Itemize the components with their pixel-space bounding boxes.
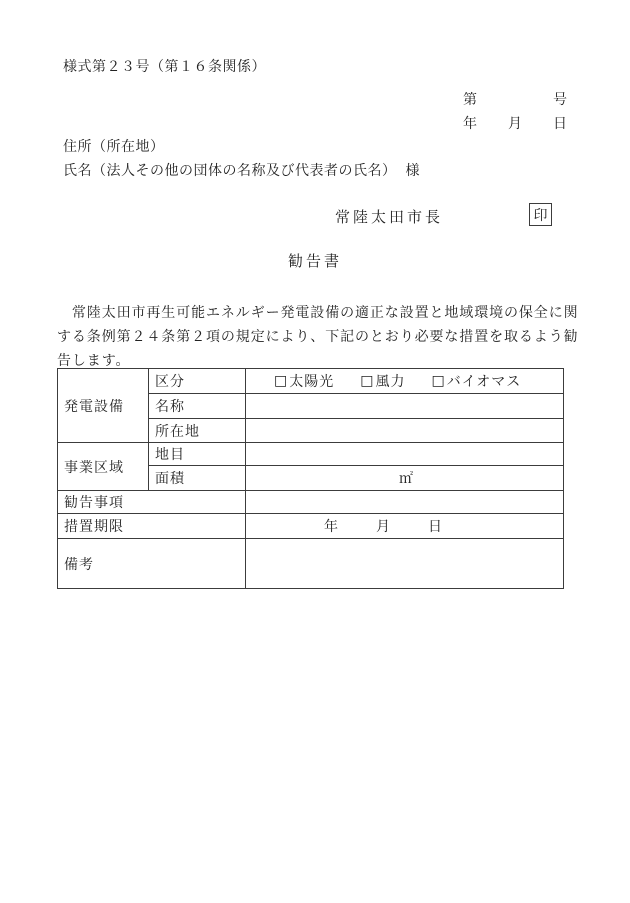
document-page: 様式第２３号（第１６条関係） 第 号 年 月 日 住所（所在地） 氏名（法人その… [0,0,630,903]
area-label: 面積 [149,466,246,491]
checkbox-solar-label: 太陽光 [289,371,334,391]
name-honorific: 様 [406,163,421,179]
doc-number-prefix: 第 [463,89,477,109]
checkbox-icon[interactable]: □ [431,373,445,389]
business-area-group-label: 事業区域 [58,443,149,491]
recommendation-label: 勧告事項 [58,491,246,514]
checkbox-wind[interactable]: □風力 [360,371,405,391]
date-day-label: 日 [553,113,567,133]
table-row: 事業区域 地目 [58,443,564,466]
deadline-input-cell[interactable]: 年 月 日 [246,514,564,539]
land-category-input-cell[interactable] [246,443,564,466]
checkbox-biomass-label: バイオマス [447,371,522,391]
table-row: 勧告事項 [58,491,564,514]
seal-character: 印 [534,205,548,225]
recommendation-input-cell[interactable] [246,491,564,514]
checkbox-icon[interactable]: □ [360,373,374,389]
body-line-1: 常陸太田市再生可能エネルギー発電設備の適正な設置と地域環境の保全に関 [57,301,569,325]
deadline-month-label: 月 [376,516,391,536]
address-label: 住所（所在地） [63,136,165,156]
land-category-label: 地目 [149,443,246,466]
date-year-label: 年 [463,113,477,133]
date-month-label: 月 [508,113,522,133]
checkbox-icon[interactable]: □ [274,373,288,389]
checkbox-biomass[interactable]: □バイオマス [431,371,521,391]
document-title: 勧告書 [0,250,630,271]
deadline-date-fields: 年 月 日 [252,516,561,536]
facility-name-input-cell[interactable] [246,394,564,419]
doc-number-suffix: 号 [553,89,567,109]
body-line-2: する条例第２４条第２項の規定により、下記のとおり必要な措置を取るよう勧 [57,325,569,349]
facility-location-label: 所在地 [149,419,246,443]
kubun-value-cell: □太陽光 □風力 □バイオマス [246,369,564,394]
facility-location-input-cell[interactable] [246,419,564,443]
date-line: 年 月 日 [463,113,567,133]
form-table: 発電設備 区分 □太陽光 □風力 □バイオマス 名称 所在地 事 [57,368,564,589]
table-row: 発電設備 区分 □太陽光 □風力 □バイオマス [58,369,564,394]
facility-name-label: 名称 [149,394,246,419]
table-row: 備考 [58,539,564,589]
seal-placeholder: 印 [529,203,552,226]
checkbox-solar[interactable]: □太陽光 [274,371,334,391]
area-input-cell[interactable]: ㎡ [246,466,564,491]
name-label: 氏名（法人その他の団体の名称及び代表者の氏名） [63,163,397,179]
deadline-year-label: 年 [324,516,339,536]
deadline-day-label: 日 [428,516,443,536]
checkbox-wind-label: 風力 [375,371,405,391]
kubun-label: 区分 [149,369,246,394]
mayor-name: 常陸太田市長 [335,206,443,227]
doc-number-line: 第 号 [463,89,567,109]
form-number: 様式第２３号（第１６条関係） [63,56,266,76]
remarks-input-cell[interactable] [246,539,564,589]
table-row: 措置期限 年 月 日 [58,514,564,539]
kubun-options: □太陽光 □風力 □バイオマス [252,371,561,391]
facility-group-label: 発電設備 [58,369,149,443]
body-paragraph: 常陸太田市再生可能エネルギー発電設備の適正な設置と地域環境の保全に関 する条例第… [57,301,569,373]
deadline-label: 措置期限 [58,514,246,539]
name-line: 氏名（法人その他の団体の名称及び代表者の氏名）様 [63,160,420,180]
remarks-label: 備考 [58,539,246,589]
